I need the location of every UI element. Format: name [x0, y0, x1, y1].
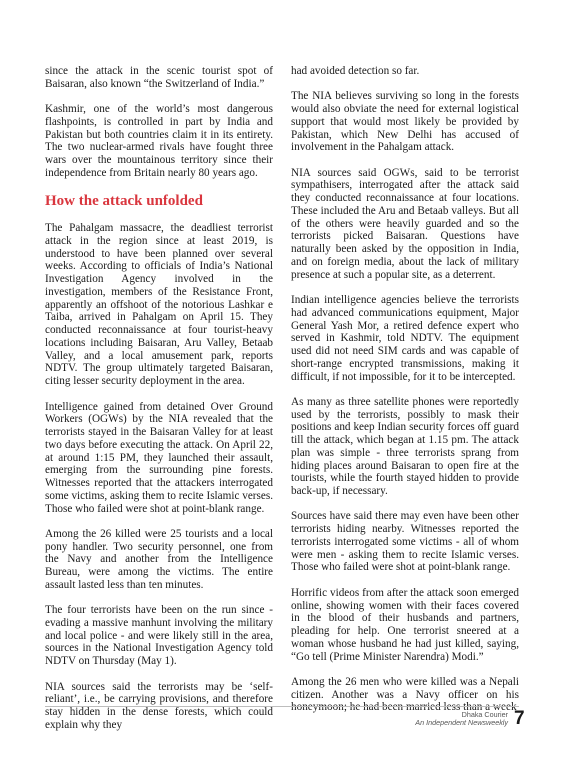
paragraph: The four terrorists have been on the run…: [45, 604, 273, 668]
paragraph: The NIA believes surviving so long in th…: [291, 90, 519, 154]
page-number: 7: [514, 708, 525, 730]
paragraph: Sources have said there may even have be…: [291, 510, 519, 574]
paragraph: Intelligence gained from detained Over G…: [45, 401, 273, 516]
paragraph: since the attack in the scenic tourist s…: [45, 65, 273, 91]
paragraph: Horrific videos from after the attack so…: [291, 587, 519, 664]
left-column: since the attack in the scenic tourist s…: [45, 65, 273, 744]
paragraph: NIA sources said OGWs, said to be terror…: [291, 167, 519, 282]
section-heading: How the attack unfolded: [45, 192, 273, 210]
paragraph: Kashmir, one of the world’s most dangero…: [45, 103, 273, 180]
magazine-page: since the attack in the scenic tourist s…: [0, 0, 576, 770]
footer-masthead: Dhaka Courier An Independent Newsweekly: [415, 711, 508, 727]
paragraph: The Pahalgam massacre, the deadliest ter…: [45, 222, 273, 388]
right-column: had avoided detection so far. The NIA be…: [291, 65, 519, 727]
paragraph: had avoided detection so far.: [291, 65, 519, 78]
publication-tagline: An Independent Newsweekly: [415, 719, 508, 727]
paragraph: Indian intelligence agencies believe the…: [291, 294, 519, 383]
paragraph: Among the 26 men who were killed was a N…: [291, 676, 519, 714]
paragraph: Among the 26 killed were 25 tourists and…: [45, 528, 273, 592]
paragraph: As many as three satellite phones were r…: [291, 396, 519, 498]
footer-divider: [45, 706, 519, 707]
